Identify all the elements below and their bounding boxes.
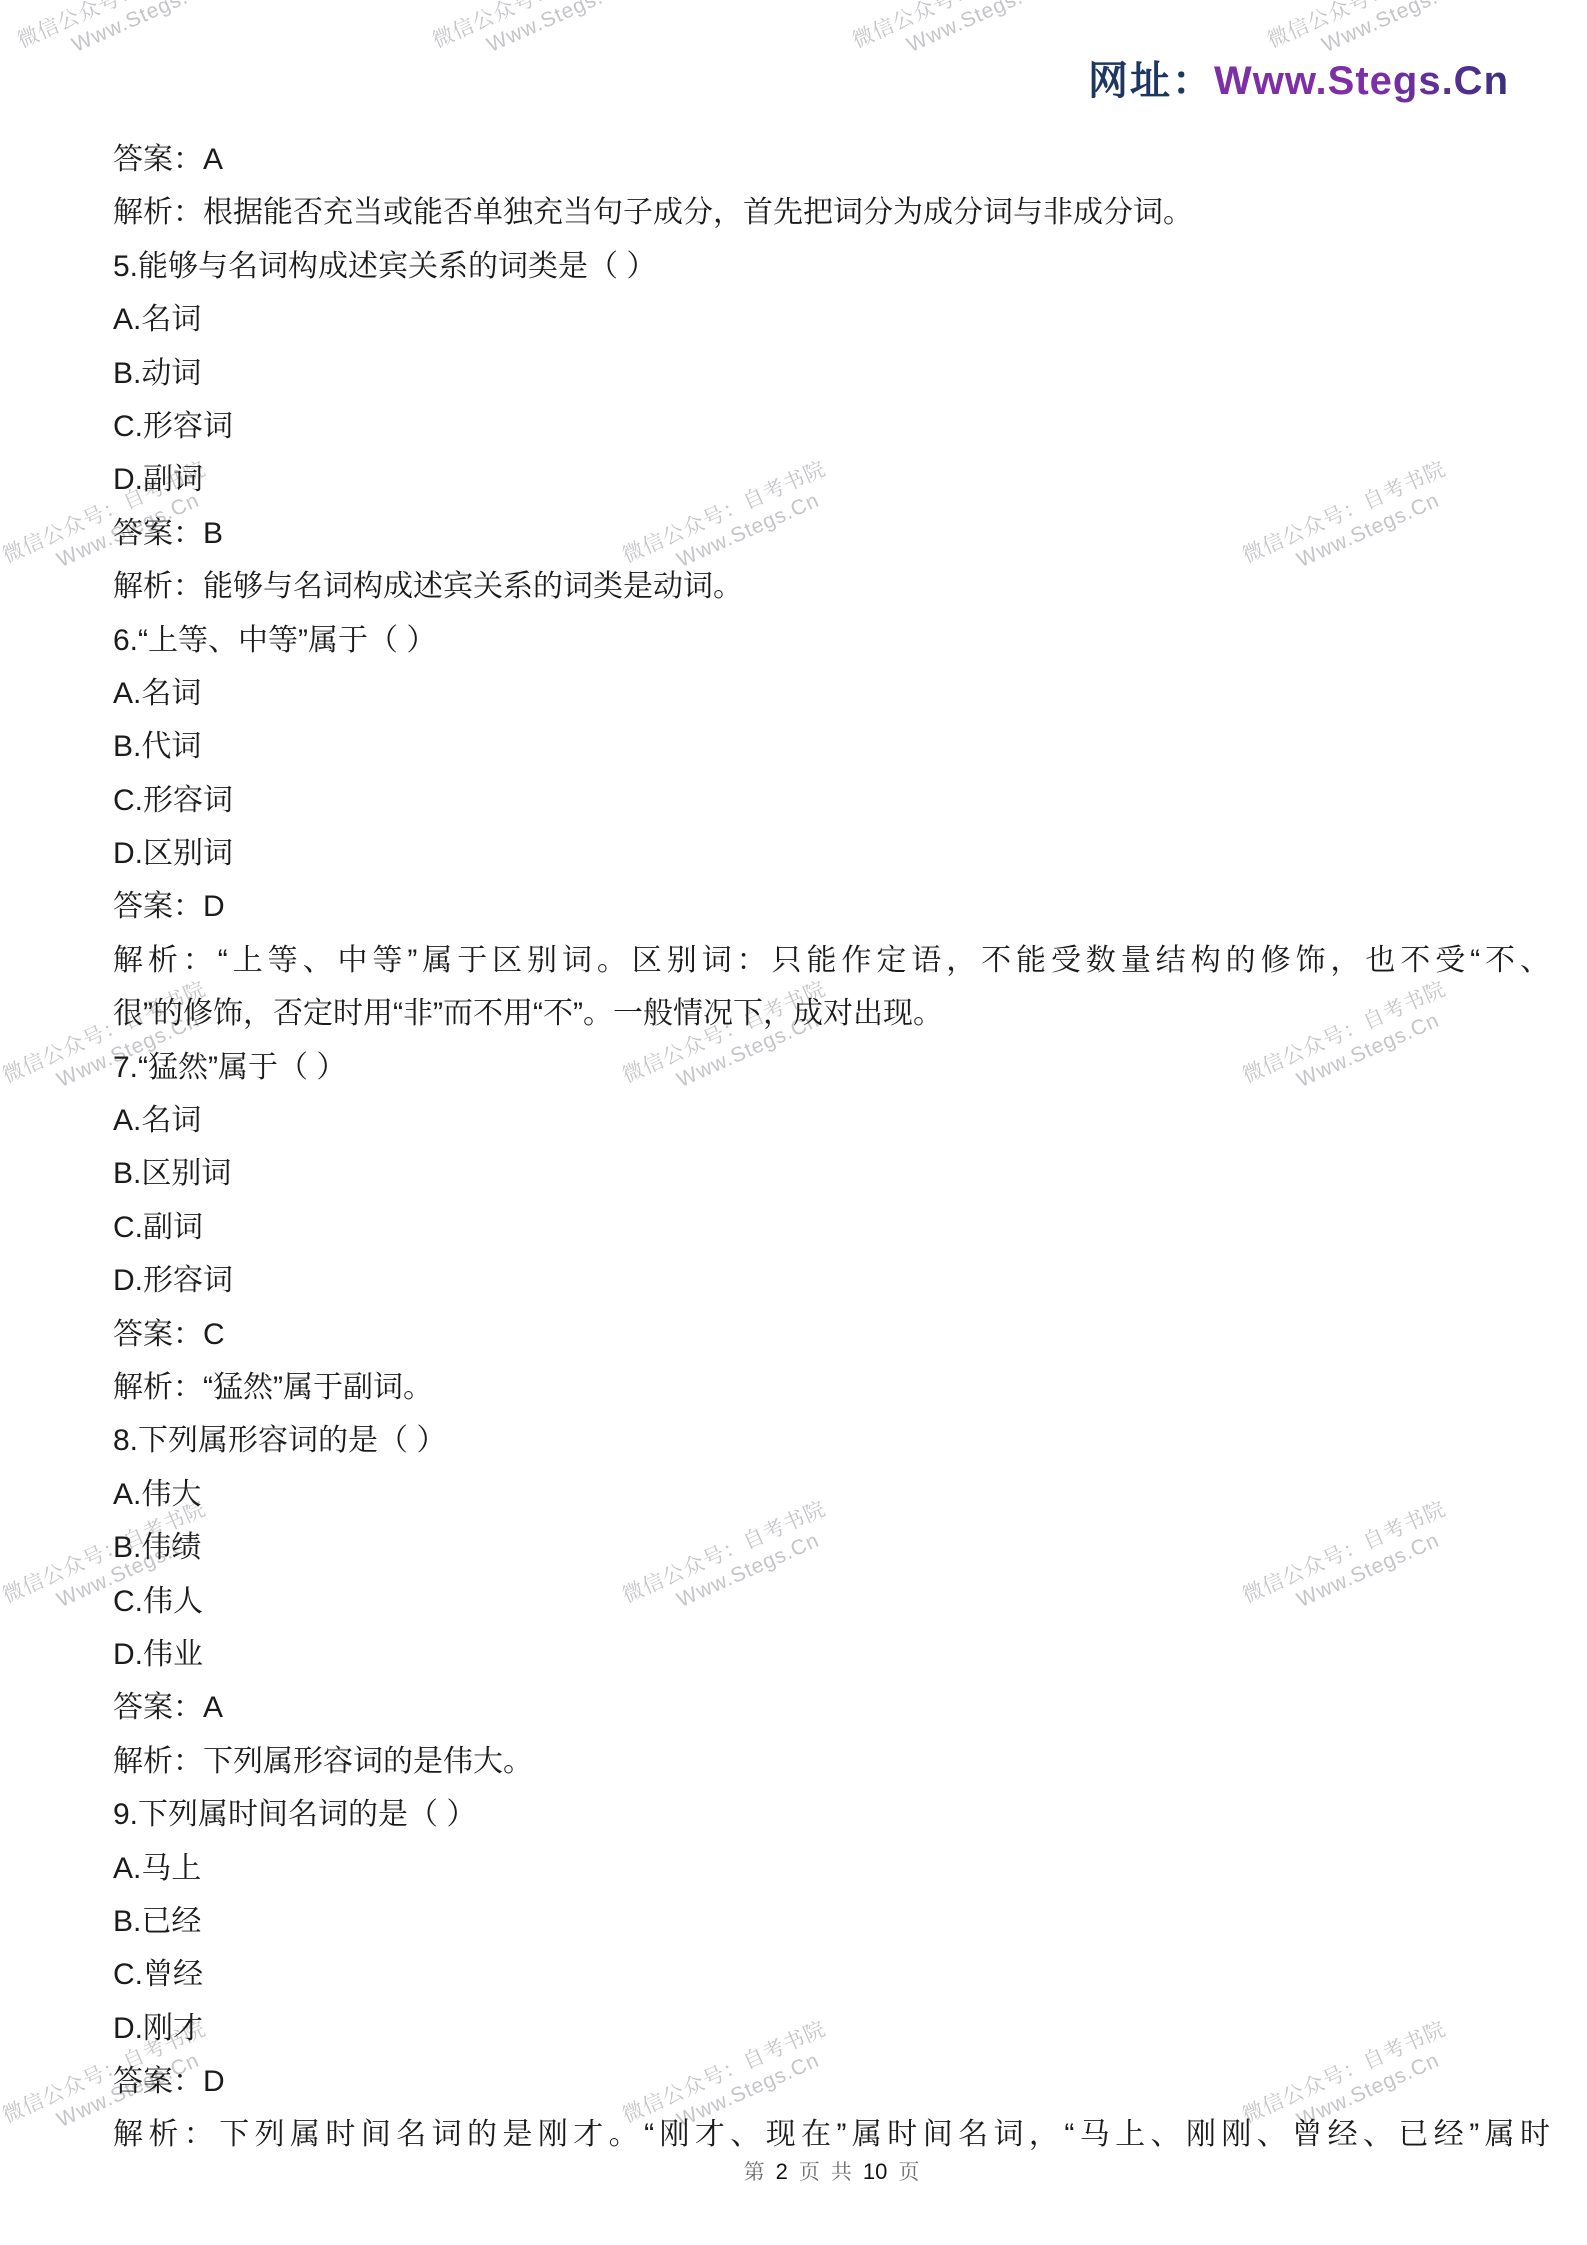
- document-page: 微信公众号：自考书院Www.Stegs.Cn微信公众号：自考书院Www.Steg…: [0, 0, 1587, 2245]
- watermark-tile: 微信公众号：自考书院Www.Stegs.Cn: [470, 5, 710, 135]
- document-line: 8.下列属形容词的是（ ）: [113, 1414, 1550, 1467]
- document-line: A.名词: [113, 667, 1550, 720]
- page-header: 网址：Www.Stegs.Cn: [1088, 58, 1509, 104]
- watermark-text-line2: Www.Stegs.Cn: [1318, 0, 1504, 59]
- document-line: C.副词: [113, 1201, 1550, 1254]
- document-line: B.已经: [113, 1895, 1550, 1948]
- document-line: A.名词: [113, 293, 1550, 346]
- document-line: D.伟业: [113, 1628, 1550, 1681]
- document-line: 5.能够与名词构成述宾关系的词类是（ ）: [113, 240, 1550, 293]
- document-line: 很”的修饰，否定时用“非”而不用“不”。一般情况下，成对出现。: [113, 987, 1550, 1040]
- watermark-text-line2: Www.Stegs.Cn: [68, 0, 254, 59]
- watermark-text-line2: Www.Stegs.Cn: [903, 0, 1089, 59]
- document-line: 解析：根据能否充当或能否单独充当句子成分，首先把词分为成分词与非成分词。: [113, 186, 1550, 239]
- site-url: Www.Stegs.Cn: [1214, 59, 1509, 103]
- watermark-text-line1: 微信公众号：自考书院: [429, 0, 659, 55]
- watermark-text-line2: Www.Stegs.Cn: [483, 0, 669, 59]
- document-line: D.区别词: [113, 827, 1550, 880]
- document-line: A.伟大: [113, 1468, 1550, 1521]
- footer-page-number: 2: [776, 2159, 788, 2185]
- site-url-label: 网址：: [1088, 59, 1214, 103]
- watermark-text-line1: 微信公众号：自考书院: [14, 0, 244, 55]
- footer-prefix: 第: [744, 2156, 765, 2186]
- footer-of-label: 共: [831, 2156, 852, 2186]
- footer-page-label: 页: [799, 2156, 820, 2186]
- document-line: D.形容词: [113, 1254, 1550, 1307]
- document-line: 解析：下列属形容词的是伟大。: [113, 1735, 1550, 1788]
- document-line: 解析：能够与名词构成述宾关系的词类是动词。: [113, 560, 1550, 613]
- document-line: C.形容词: [113, 400, 1550, 453]
- document-line: 解析：下列属时间名词的是刚才。“刚才、现在”属时间名词，“马上、刚刚、曾经、已经…: [113, 2108, 1550, 2161]
- document-line: 答案：C: [113, 1308, 1550, 1361]
- document-line: B.代词: [113, 720, 1550, 773]
- document-line: B.伟绩: [113, 1521, 1550, 1574]
- document-body: 答案：A解析：根据能否充当或能否单独充当句子成分，首先把词分为成分词与非成分词。…: [113, 133, 1550, 2162]
- document-line: B.动词: [113, 347, 1550, 400]
- document-line: D.刚才: [113, 2002, 1550, 2055]
- document-line: 9.下列属时间名词的是（ ）: [113, 1788, 1550, 1841]
- footer-pages-label: 页: [898, 2156, 919, 2186]
- watermark-tile: 微信公众号：自考书院Www.Stegs.Cn: [55, 5, 295, 135]
- page-footer: 第 2 页 共 10 页: [113, 2156, 1550, 2186]
- document-line: 答案：D: [113, 2055, 1550, 2108]
- document-line: 答案：A: [113, 1681, 1550, 1734]
- document-line: B.区别词: [113, 1147, 1550, 1200]
- footer-total-pages: 10: [863, 2159, 887, 2185]
- document-line: 解析：“上等、中等”属于区别词。区别词：只能作定语，不能受数量结构的修饰，也不受…: [113, 934, 1550, 987]
- document-line: 答案：A: [113, 133, 1550, 186]
- document-line: 答案：D: [113, 880, 1550, 933]
- document-line: A.马上: [113, 1842, 1550, 1895]
- document-line: D.副词: [113, 453, 1550, 506]
- document-line: 解析：“猛然”属于副词。: [113, 1361, 1550, 1414]
- document-line: C.伟人: [113, 1575, 1550, 1628]
- watermark-text-line1: 微信公众号：自考书院: [849, 0, 1079, 55]
- document-line: 7.“猛然”属于（ ）: [113, 1041, 1550, 1094]
- document-line: 答案：B: [113, 507, 1550, 560]
- watermark-text-line1: 微信公众号：自考书院: [1264, 0, 1494, 55]
- document-line: C.形容词: [113, 774, 1550, 827]
- document-line: 6.“上等、中等”属于（ ）: [113, 614, 1550, 667]
- document-line: A.名词: [113, 1094, 1550, 1147]
- document-line: C.曾经: [113, 1948, 1550, 2001]
